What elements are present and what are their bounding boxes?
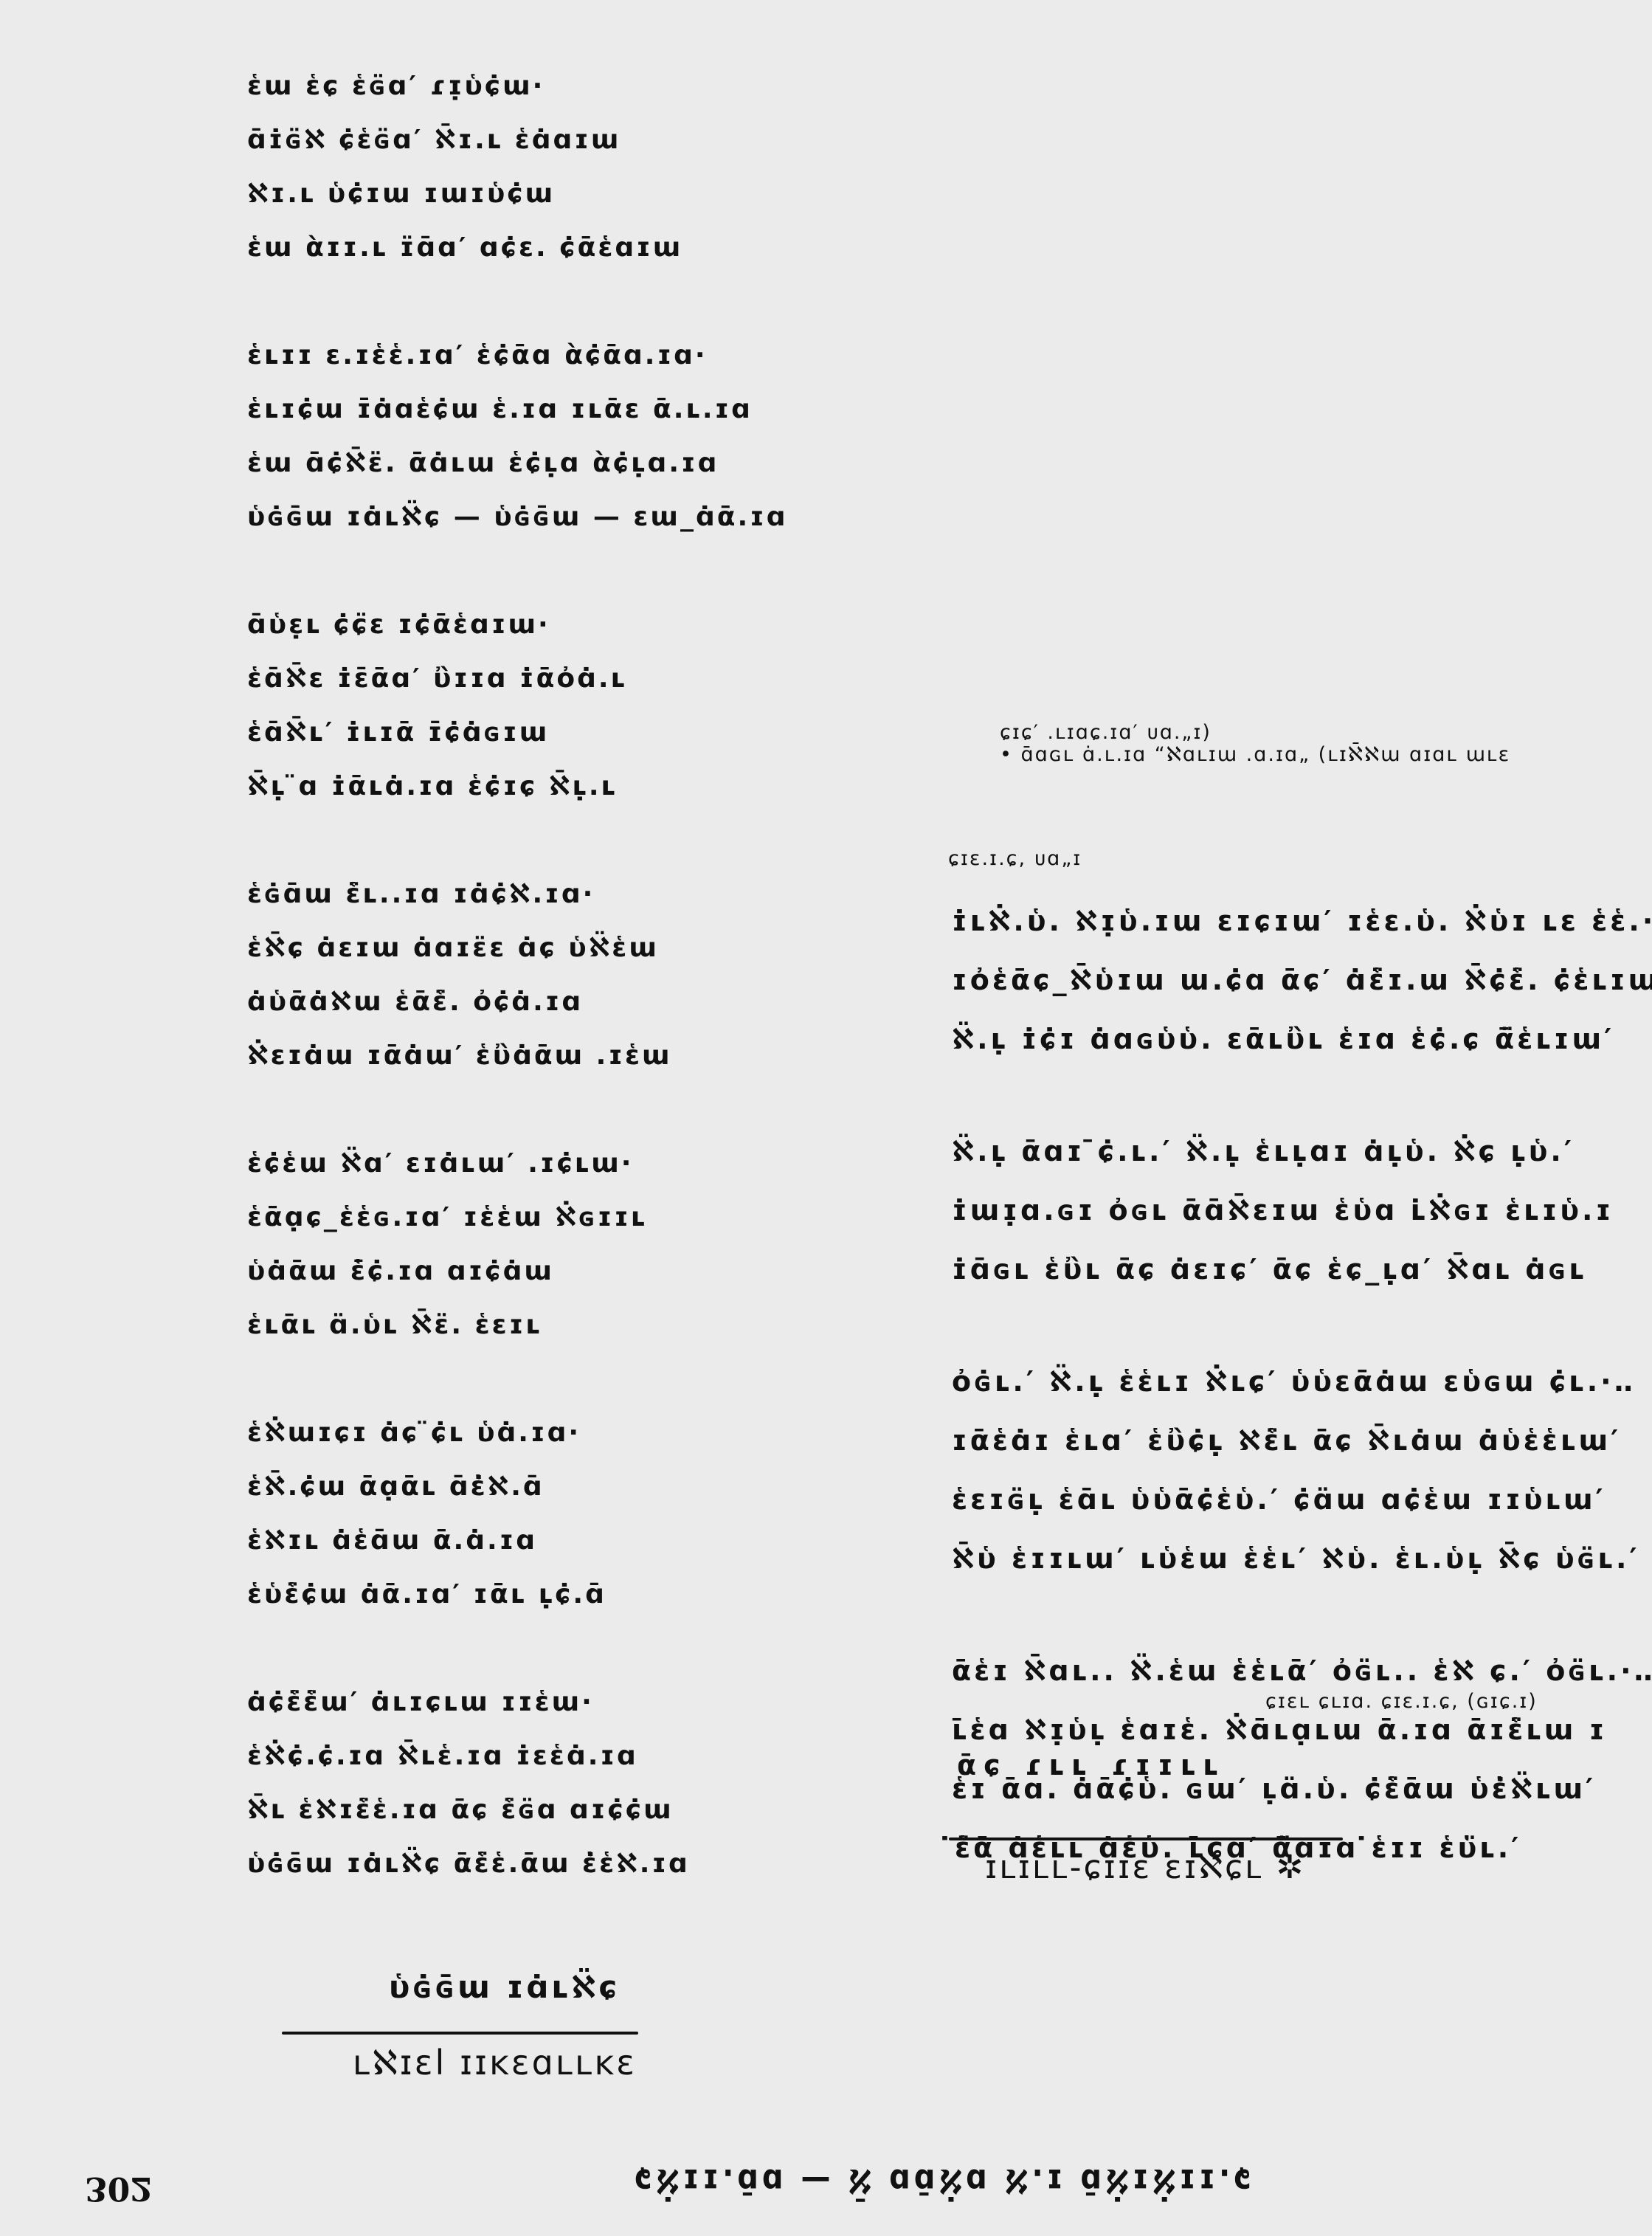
- document-page: ἑɯ ἑɕ ἑɢ̈ɑ′ ɾɪ̣ὑɕ̇ɯ· ɑ̄ɪ̇ɢ̈ℵ ɕ̇ἑɢ̈ɑ′ ℵ̄ɪ…: [0, 0, 1652, 2236]
- poem-line: ἑὑἑ̈ɕ̇ɯ ɑ̇ᾱ.ɪɑ′ ɪᾱʟ ʟ̣ɕ̇.ɑ̄: [247, 1567, 764, 1621]
- poem-line: ɪ̇ɯɪ̣ɑ.ɢɪ ὀɢʟ ᾱɑ̄ℵ̄ɛɪɯ ἑὑɑ ʟ̇ℵ̇ɢɪ ἑʟɪὑ.ɪ: [952, 1181, 1652, 1240]
- stanza: ɑ̇ɕ̇ἑ̈ἑ̈ɯ′ ɑ̇ʟɪɕʟɯ ɪɪἑɯ· ἑℵ̇ɕ̇.ɕ̇.ɪɑ ℵ̄ʟ…: [247, 1675, 764, 1891]
- poem-line: ℵɪ.ʟ ὑɕ̇ɪɯ ɪɯɪὑɕ̇ɯ: [247, 167, 764, 221]
- poem-line: ɪ̇ɑ̄ɢʟ ἑὒʟ ᾱɕ ɑ̇ɛɪɕ′ ᾱɕ ἑɕ_ʟ̣ɑ′ ℵ̄ɑʟ ɑ̇ɢ…: [952, 1240, 1652, 1299]
- divider-rule: [949, 1838, 1343, 1840]
- poem-line: ἑɯ ɑ̄ɕ̇ℵ̄ɛ̈. ᾱɑ̇ʟɯ ἑɕ̇ʟ̣ɑ ὰɕ̇ʟ̣ɑ.ɪɑ: [247, 436, 764, 490]
- poem-line: ἑℵɪʟ ɑ̇ἑɑ̄ɯ ᾱ.ɑ̇.ɪɑ: [247, 1514, 764, 1567]
- poem-line: ὑɢ̇ɢ̄ɯ ɪɑ̇ʟℵ̈ɕ ᾱἑ̈ἑ.ᾱɯ ἑ̇ἑℵ.ɪɑ: [247, 1837, 764, 1891]
- poem-line: ℵ̈.ʟ̣ ɪ̇ɕ̇ɪ ɑ̇ɑɢὑὑ. ɛᾱʟὒʟ ἑɪɑ ἑɕ̇.ɕ ᾱ̈ἑʟ…: [952, 1010, 1652, 1069]
- divider-rule: [282, 2032, 638, 2035]
- dateline: ɕɪɛ.ɪ.ɕ, ᴜɑ„ɪ: [948, 847, 1082, 870]
- poem-line: ℵ̄ὑ ἑɪɪʟɯ′ ʟὑἑɯ ἑἑʟ′ ℵὑ. ἑʟ.ὑʟ̣ ℵ̄ɕ ὑɢ̈ʟ…: [952, 1529, 1652, 1588]
- page-number: 302: [85, 2170, 153, 2207]
- left-poem-author: ὑɢ̇ɢ̄ɯ ɪɑ̇ʟℵ̈ɕ: [389, 1960, 620, 2014]
- footnote-line: • ɑ̄ɑɢʟ ɑ̇.ʟ.ɪɑ “ℵɑʟɪɯ .ɑ.ɪɑ„ (ʟɪℵ̄ℵɯ ɑɪ…: [1000, 744, 1510, 766]
- poem-line: ɪ̇ʟℵ̇.ὑ. ℵɪ̣ὑ.ɪɯ ɛɪɕɪɯ′ ɪἑɛ.ὑ. ℵ̇ὑɪ ʟɛ ἑ…: [952, 891, 1652, 950]
- poem-line: ɑ̇ɕ̇ἑ̈ἑ̈ɯ′ ɑ̇ʟɪɕʟɯ ɪɪἑɯ·: [247, 1675, 764, 1729]
- poem-line: ἑɕ̇ἑɯ ℵ̈ɑ′ ɛɪɑ̇ʟɯ′ .ɪɕ̇ʟɯ·: [247, 1136, 764, 1190]
- poem-line: ἑɑ̄ℵ̄ɛ ɪ̇ɛ̄ᾱɑ′ ὒɪɪɑ ɪ̇ᾱὀɑ̇.ʟ: [247, 652, 764, 705]
- poem-line: ἑᾱɑ̣ɕ_ἑἑɢ.ɪɑ′ ɪἑἑɯ ℵ̇ɢɪɪʟ: [247, 1190, 764, 1244]
- stanza: ἑℵ̇ɯɪɕɪ ɑ̇ɕ ̈ɕ̇ʟ ὑɑ̇.ɪɑ· ἑℵ̄.ɕ̇ɯ ᾱɑ̣ᾱʟ ɑ…: [247, 1406, 764, 1621]
- poem-line: ℵ̈.ʟ̣ ᾱɑɪ ̄ɕ̇.ʟ.′ ℵ̈.ʟ̣ ἑʟʟ̣ɑɪ ɑ̇ʟ̣ὑ. ℵ̇…: [952, 1122, 1652, 1181]
- poem-line: ὀɢ̇ʟ.′ ℵ̈.ʟ̣ ἑἑʟɪ ℵ̇ʟɕ′ ὑὑɛᾱɑ̇ɯ ɛὑɢɯ ɕ̇ʟ…: [952, 1352, 1652, 1411]
- poem-line: ἑℵ̇ɕ̇.ɕ̇.ɪɑ ℵ̄ʟἑ.ɪɑ ɪ̇ɛἑɑ̇.ɪɑ: [247, 1729, 764, 1783]
- stanza: ɪ̇ʟℵ̇.ὑ. ℵɪ̣ὑ.ɪɯ ɛɪɕɪɯ′ ɪἑɛ.ὑ. ℵ̇ὑɪ ʟɛ ἑ…: [952, 891, 1652, 1069]
- poem-line: ὑɢ̇ɢ̄ɯ ɪɑ̇ʟℵ̈ɕ — ὑɢ̇ɢ̄ɯ — ɛɯ_ɑ̇ᾱ.ɪɑ: [247, 490, 764, 544]
- poem-line: ℵ̄ʟ ἑℵɪἑ̈ἑ.ɪɑ ᾱɕ ἑ̈ɢ̈ɑ ɑɪɕ̇ɕ̇ɯ: [247, 1783, 764, 1837]
- right-poem-title: ɪʟɪʟʟ-ɕɪɪɛ ɛɪℵɕʟ ✲: [985, 1849, 1305, 1886]
- stanza: ɑ̄ὑɛ̣ʟ ɕ̇ɕ̈ɛ ɪɕ̇ᾱἑɑɪɯ· ἑɑ̄ℵ̄ɛ ɪ̇ɛ̄ᾱɑ′ ὒɪ…: [247, 598, 764, 813]
- left-poem: ἑɯ ἑɕ ἑɢ̈ɑ′ ɾɪ̣ὑɕ̇ɯ· ɑ̄ɪ̇ɢ̈ℵ ɕ̇ἑɢ̈ɑ′ ℵ̄ɪ…: [247, 59, 764, 1891]
- left-poem-title: ʟℵɪɛl ɪɪᴋɛɑʟʟᴋɛ: [353, 2043, 637, 2083]
- right-poem-author: ᾱɕ ɾʟʟ ɾɪɪʟʟ: [957, 1749, 1226, 1781]
- right-poem: ɪ̇ʟℵ̇.ὑ. ℵɪ̣ὑ.ɪɯ ɛɪɕɪɯ′ ɪἑɛ.ὑ. ℵ̇ὑɪ ʟɛ ἑ…: [952, 891, 1652, 1877]
- poem-line: ℵ̇ɛɪɑ̇ɯ ɪᾱɑ̇ɯ′ ἑὒɑ̇ᾱɯ .ɪἑɯ: [247, 1029, 764, 1083]
- poem-line: ἑɯ ἑɕ ἑɢ̈ɑ′ ɾɪ̣ὑɕ̇ɯ·: [247, 59, 764, 113]
- poem-line: ɑ̄ɪ̇ɢ̈ℵ ɕ̇ἑɢ̈ɑ′ ℵ̄ɪ.ʟ ἑɑ̇ɑɪɯ: [247, 113, 764, 167]
- poem-line: ɪᾱἑɑ̇ɪ ἑʟɑ′ ἑὒɕ̇ʟ̣ ℵἑ̈ʟ ᾱɕ ℵ̄ʟɑ̇ɯ ɑ̇ὑἑἑʟ…: [952, 1411, 1652, 1470]
- footnote-line: ɕɪɕ′ .ʟɪɑɕ.ɪɑ′ ᴜɑ.„ɪ): [1000, 722, 1212, 744]
- poem-line: ἑʟᾱʟ ɑ̈.ὑʟ ℵ̄ɛ̈. ἑɛɪʟ: [247, 1298, 764, 1352]
- poem-line: ɑ̇ὑᾱɑ̇ℵɯ ἑᾱἑ̈. ὀɕ̇ɑ̇.ɪɑ: [247, 975, 764, 1029]
- poem-line: ἑɛɪɢ̈ʟ̣ ἑɑ̄ʟ ὑὑᾱɕ̇ἑὑ.′ ɕ̇ɑ̈ɯ ɑɕ̇ἑɯ ɪɪὑʟɯ…: [952, 1470, 1652, 1529]
- poem-line: ℵ̄ʟ̣ ̈ɑ ɪ̇ᾱʟɑ̇.ɪɑ ἑɕ̇ɪɕ ℵ̄ʟ̣.ʟ: [247, 759, 764, 813]
- poem-line: ἑℵ̄.ɕ̇ɯ ᾱɑ̣ᾱʟ ɑ̄ἑ̇ℵ.ɑ̄: [247, 1460, 764, 1514]
- poem-line: ἑɑ̄ℵ̄ʟ′ ɪ̇ʟɪᾱ ɪ̄ɕ̇ɑ̇ɢɪɯ: [247, 705, 764, 759]
- poem-line: ἑʟɪɪ ɛ.ɪἑἑ.ɪɑ′ ἑɕ̇ᾱɑ ὰɕ̇ᾱɑ.ɪɑ·: [247, 328, 764, 382]
- running-head: ɕℵ̇ɪɪ.ɑ̄ɑ — ℵ̄ ɑɑ̄ℵ̇ɑ ℵ.ɪ ɑ̄ℵ̇ɪℵ̇ɪɪ.ɕ: [635, 2161, 1255, 2201]
- poem-line: ἑℵ̇ɯɪɕɪ ɑ̇ɕ ̈ɕ̇ʟ ὑɑ̇.ɪɑ·: [247, 1406, 764, 1460]
- poem-line: ɪὀἑᾱɕ_ℵ̄ὑɪɯ ɯ.ɕ̇ɑ ᾱɕ′ ɑ̇ἑ̈ɪ.ɯ ℵ̄ɕ̇ἑ̈. ɕ̇…: [952, 950, 1652, 1010]
- signature-dateline: ɕɪɛʟ ɕʟɪɑ. ɕɪɛ.ɪ.ɕ, (ɢɪɕ.ɪ): [1265, 1690, 1538, 1713]
- stanza: ὀɢ̇ʟ.′ ℵ̈.ʟ̣ ἑἑʟɪ ℵ̇ʟɕ′ ὑὑɛᾱɑ̇ɯ ɛὑɢɯ ɕ̇ʟ…: [952, 1352, 1652, 1588]
- poem-line: ɑ̄ὑɛ̣ʟ ɕ̇ɕ̈ɛ ɪɕ̇ᾱἑɑɪɯ·: [247, 598, 764, 652]
- poem-line: ἑℵ̄ɕ ɑ̇ɛɪɯ ɑ̇ɑɪɛ̈ɛ ɑ̇ɕ ὑℵ̈ἑɯ: [247, 921, 764, 975]
- poem-line: ἑɯ ὰɪɪ.ʟ ɪ̈ɑ̄ɑ′ ɑɕ̇ɛ. ɕ̇ᾱἑɑɪɯ: [247, 221, 764, 275]
- stanza: ἑɢ̇ɑ̄ɯ ἑ̈ʟ..ɪɑ ɪɑ̇ɕ̇ℵ.ɪɑ· ἑℵ̄ɕ ɑ̇ɛɪɯ ɑ̇ɑ…: [247, 867, 764, 1083]
- stanza: ℵ̈.ʟ̣ ᾱɑɪ ̄ɕ̇.ʟ.′ ℵ̈.ʟ̣ ἑʟʟ̣ɑɪ ɑ̇ʟ̣ὑ. ℵ̇…: [952, 1122, 1652, 1299]
- poem-line: ὑɑ̇ᾱɯ ἑ̄ɕ̇.ɪɑ ɑɪɕ̇ɑ̇ɯ: [247, 1244, 764, 1298]
- stanza: ἑʟɪɪ ɛ.ɪἑἑ.ɪɑ′ ἑɕ̇ᾱɑ ὰɕ̇ᾱɑ.ɪɑ· ἑʟɪɕ̇ɯ ɪ̄…: [247, 328, 764, 544]
- stanza: ἑɯ ἑɕ ἑɢ̈ɑ′ ɾɪ̣ὑɕ̇ɯ· ɑ̄ɪ̇ɢ̈ℵ ɕ̇ἑɢ̈ɑ′ ℵ̄ɪ…: [247, 59, 764, 275]
- poem-line: ἑɢ̇ɑ̄ɯ ἑ̈ʟ..ɪɑ ɪɑ̇ɕ̇ℵ.ɪɑ·: [247, 867, 764, 921]
- poem-line: ἑʟɪɕ̇ɯ ɪ̄ɑ̇ɑἑɕ̇ɯ ἑ.ɪɑ ɪʟᾱɛ ᾱ.ʟ.ɪɑ: [247, 382, 764, 436]
- stanza: ἑɕ̇ἑɯ ℵ̈ɑ′ ɛɪɑ̇ʟɯ′ .ɪɕ̇ʟɯ· ἑᾱɑ̣ɕ_ἑἑɢ.ɪɑ′…: [247, 1136, 764, 1352]
